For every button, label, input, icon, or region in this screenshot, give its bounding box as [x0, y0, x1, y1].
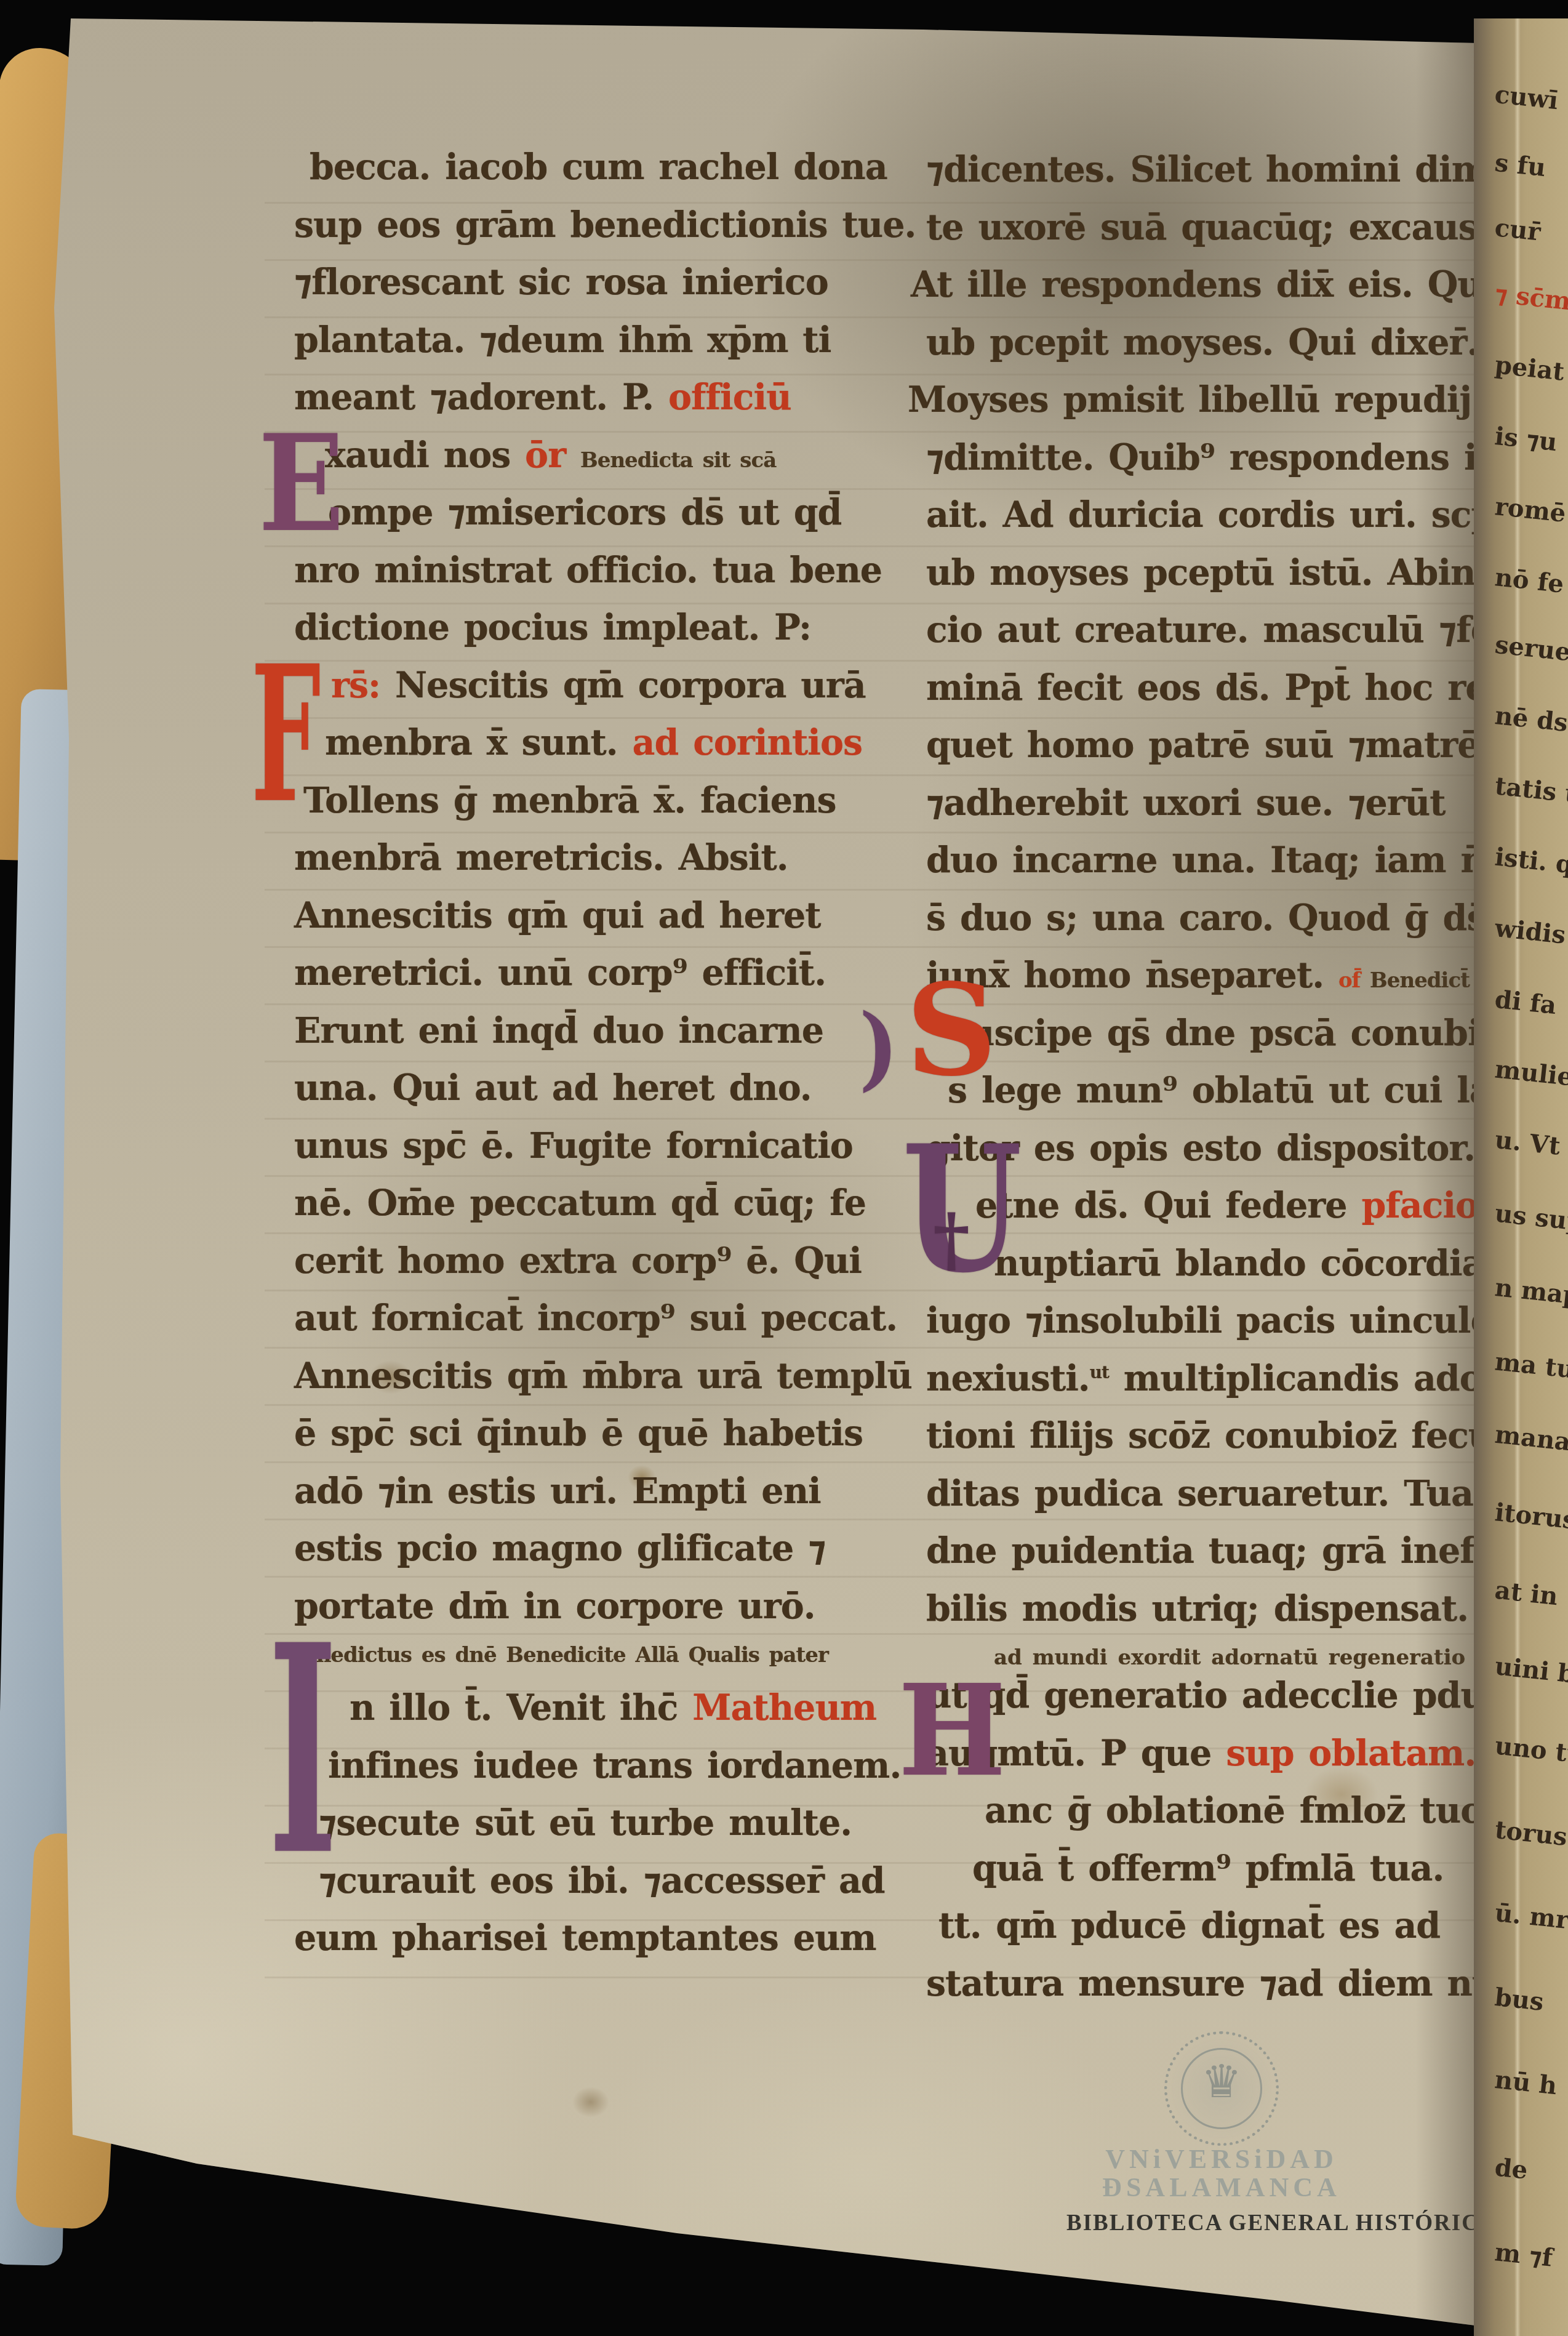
- text-run-ink: uscipe qs̄ dne pscā conubij: [969, 1013, 1492, 1054]
- text-line: tioni filijs scōz̄ conubioz̄ fecū: [926, 1415, 1493, 1456]
- text-line: eum pharisei temptantes eum: [294, 1917, 876, 1959]
- library-watermark: ♛ VNiVERSiDAD ĐSALAMANCA BIBLIOTECA GENE…: [1074, 2031, 1369, 2236]
- text-line: ē spc̄ sci q̄inub ē quē habetis: [294, 1413, 863, 1454]
- facing-text-fragment: bus: [1494, 1983, 1545, 2017]
- text-line: quā t̄ offerm⁹ pfmlā tua.: [972, 1848, 1444, 1889]
- text-line: menbrā meretricis. Absit.: [294, 837, 788, 878]
- text-run-red: Matheum: [692, 1687, 876, 1728]
- text-line: augmtū. P que sup oblatam.: [926, 1733, 1476, 1774]
- text-run-ink: unus spc̄ ē. Fugite fornicatio: [294, 1125, 853, 1166]
- watermark-library-name: BIBLIOTECA GENERAL HISTÓRICA: [1066, 2210, 1369, 2236]
- text-run-ink: ub moyses pceptū istū. Abini: [926, 552, 1488, 593]
- text-line: aut fornicat̄ incorp⁹ sui peccat.: [294, 1298, 897, 1339]
- text-run-ink: nro ministrat officio. tua bene: [294, 550, 882, 591]
- facing-page-edge: cuwīs fucur̄⁊ sc̄mpeiatis ⁊uromēnō feser…: [1474, 18, 1568, 2336]
- facing-text-fragment: serue: [1494, 630, 1568, 667]
- facing-text-fragment: u. Vt f: [1494, 1125, 1568, 1163]
- university-seal-icon: ♛: [1164, 2031, 1279, 2146]
- text-run-ink: meretrici. unū corp⁹ efficit̄.: [294, 952, 826, 993]
- text-line: becca. iacob cum rachel dona: [310, 147, 887, 188]
- text-line: quet homo patrē suū ⁊matrē: [926, 724, 1479, 766]
- text-run-red: ad corintios: [633, 722, 863, 763]
- text-run-ink: cerit homo extra corp⁹ ē. Qui: [294, 1240, 862, 1282]
- text-column-right: ⁊dicentes. Silicet homini dimitte uxorē …: [926, 149, 1498, 2057]
- text-line: adō ⁊in estis uri. Empti eni: [294, 1471, 821, 1512]
- text-column-left: becca. iacob cum rachel donasup eos grām…: [294, 147, 885, 1993]
- facing-text-fragment: uini b: [1494, 1652, 1568, 1688]
- text-run-ink: ⁊florescant sic rosa inierico: [294, 262, 828, 303]
- manuscript-photo: becca. iacob cum rachel donasup eos grām…: [0, 0, 1568, 2336]
- text-run-small: Benedicta sit scā: [580, 448, 776, 473]
- text-run-ink: ⁊adherebit uxori sue. ⁊erūt: [926, 782, 1446, 824]
- text-run-ink: estis pcio magno glificate ⁊: [294, 1528, 825, 1569]
- facing-text-fragment: nū h: [1494, 2065, 1559, 2100]
- text-run-ink: nexiusti.: [926, 1358, 1090, 1399]
- text-line: nro ministrat officio. tua bene: [294, 550, 882, 591]
- text-run-ink: ⁊secute sūt eū turbe multe.: [319, 1802, 852, 1844]
- text-line: meretrici. unū corp⁹ efficit̄.: [294, 952, 826, 993]
- text-run-ink: eum pharisei temptantes eum: [294, 1917, 876, 1959]
- facing-text-fragment: at in: [1494, 1576, 1559, 1611]
- text-line: rs̄: Nescitis qm̄ corpora urā: [331, 665, 866, 706]
- text-line: cerit homo extra corp⁹ ē. Qui: [294, 1240, 862, 1282]
- text-run-ink: aut fornicat̄ incorp⁹ sui peccat.: [294, 1298, 897, 1339]
- text-run-ink: ē spc̄ sci q̄inub ē quē habetis: [294, 1413, 863, 1454]
- text-run-red: rs̄:: [331, 665, 395, 706]
- text-run-ink: portate dm̄ in corpore urō.: [294, 1586, 815, 1627]
- text-line: ⁊curauit eos ibi. ⁊accesser̄ ad: [319, 1860, 885, 1901]
- text-run-ink: duo incarne una. Itaq; iam n̄: [926, 840, 1486, 881]
- facing-text-fragment: n map: [1494, 1273, 1568, 1310]
- text-line: ⁊florescant sic rosa inierico: [294, 262, 828, 303]
- text-line: duo incarne una. Itaq; iam n̄: [926, 840, 1486, 881]
- text-run-small: ad mundi exordit adornatū regeneratio: [994, 1645, 1465, 1670]
- text-line: menbra x̄ sunt. ad corintios: [325, 722, 862, 763]
- facing-text-fragment: nē ds: [1494, 701, 1568, 737]
- text-run-ink: Annescitis qm̄ m̄bra urā templū: [294, 1355, 912, 1397]
- text-line: n illo t̄. Venit ihc̄ Matheum: [350, 1687, 876, 1728]
- text-run-ink: xaudi nos: [325, 435, 525, 476]
- text-run-red: ōr: [525, 435, 580, 476]
- text-line: Erunt eni inqd̄ duo incarne: [294, 1010, 823, 1051]
- text-line: xaudi nos ōr Benedicta sit scā: [325, 435, 776, 476]
- text-run-red: officiū: [668, 377, 791, 418]
- seal-figure-icon: ♛: [1167, 2055, 1276, 2108]
- text-line: Annescitis qm̄ qui ad heret: [294, 895, 821, 936]
- text-run-ink: Erunt eni inqd̄ duo incarne: [294, 1010, 823, 1051]
- facing-text-fragment: manari: [1494, 1420, 1568, 1459]
- text-run-ink: menbrā meretricis. Absit.: [294, 837, 788, 878]
- text-line: tt. qm̄ pducē dignat̄ es ad: [938, 1905, 1440, 1946]
- text-run-ink: cio aut creature. masculū ⁊fe: [926, 609, 1492, 651]
- text-run-ink: infines iudee trans iordanem.: [328, 1745, 901, 1786]
- initial-S-suscipe: S: [906, 980, 997, 1081]
- text-line: etne ds̄. Qui federe pfacio: [975, 1185, 1478, 1226]
- initial-E-exaudi: E: [258, 431, 344, 537]
- text-line: una. Qui aut ad heret dno.: [294, 1067, 812, 1109]
- text-line: Tollens ḡ menbrā x̄. faciens: [303, 780, 836, 821]
- facing-text-fragment: tatis t: [1494, 771, 1568, 809]
- text-run-ink: ⁊curauit eos ibi. ⁊accesser̄ ad: [319, 1860, 885, 1901]
- text-run-sup: ut: [1090, 1362, 1109, 1383]
- facing-text-fragment: peiat: [1494, 350, 1566, 387]
- stain: [572, 2087, 609, 2117]
- watermark-university-name-2: ĐSALAMANCA: [1074, 2174, 1369, 2201]
- text-line: dictione pocius impleat. P:: [294, 607, 811, 648]
- text-run-ink: adō ⁊in estis uri. Empti eni: [294, 1471, 821, 1512]
- text-run-ink: bilis modis utriq; dispensat.: [926, 1588, 1468, 1629]
- facing-text-fragment: uno tu: [1494, 1731, 1568, 1769]
- watermark-university-name-1: VNiVERSiDAD: [1074, 2146, 1369, 2173]
- text-line: unus spc̄ ē. Fugite fornicatio: [294, 1125, 853, 1166]
- facing-text-fragment: de: [1494, 2153, 1529, 2185]
- text-line: cio aut creature. masculū ⁊fe: [926, 609, 1492, 651]
- text-line: estis pcio magno glificate ⁊: [294, 1528, 825, 1569]
- initial-F-fratres: F: [251, 660, 321, 810]
- facing-text-fragment: cur̄: [1494, 213, 1542, 247]
- facing-text-fragment: widis: [1494, 913, 1567, 950]
- facing-text-fragment: di fa: [1494, 985, 1558, 1020]
- facing-text-fragment: s fu: [1494, 148, 1547, 182]
- text-line: Annescitis qm̄ m̄bra urā templū: [294, 1355, 912, 1397]
- text-line: ⁊secute sūt eū turbe multe.: [319, 1802, 852, 1844]
- manuscript-page: becca. iacob cum rachel donasup eos grām…: [0, 0, 1568, 2336]
- facing-text-fragment: ma tu: [1494, 1347, 1568, 1384]
- facing-text-fragment: itorus: [1494, 1498, 1568, 1535]
- text-run-ink: una. Qui aut ad heret dno.: [294, 1067, 812, 1109]
- text-run-smallred: of̄: [1338, 968, 1370, 993]
- text-line: nuptiarū blando cōcordia: [994, 1243, 1484, 1284]
- text-line: nē. Om̄e peccatum qd̄ cūq; fe: [294, 1182, 866, 1224]
- text-line: ad mundi exordit adornatū regeneratio: [994, 1645, 1465, 1670]
- text-run-ink: Moyses pmisit libellū repudij.: [908, 379, 1483, 420]
- facing-text-fragment: mulie: [1494, 1054, 1568, 1091]
- facing-text-fragment: nō fe: [1494, 563, 1566, 598]
- text-run-ink: tt. qm̄ pducē dignat̄ es ad: [938, 1905, 1440, 1946]
- text-run-ink: nē. Om̄e peccatum qd̄ cūq; fe: [294, 1182, 866, 1224]
- text-line: ub pcepit moyses. Qui dixer̄.: [926, 322, 1478, 363]
- text-run-ink: Annescitis qm̄ qui ad heret: [294, 895, 821, 936]
- text-run-ink: n illo t̄. Venit ihc̄: [350, 1687, 692, 1728]
- text-line: ⁊adherebit uxori sue. ⁊erūt: [926, 782, 1446, 824]
- text-run-ink: menbra x̄ sunt.: [325, 722, 633, 763]
- flourish-paren: ): [859, 1011, 898, 1084]
- text-run-ink: etne ds̄. Qui federe: [975, 1185, 1361, 1226]
- text-run-ink: tioni filijs scōz̄ conubioz̄ fecū: [926, 1415, 1493, 1456]
- text-run-ink: plantata. ⁊deum ihm̄ xp̄m ti: [294, 319, 831, 361]
- text-line: plantata. ⁊deum ihm̄ xp̄m ti: [294, 319, 831, 361]
- facing-text-fragment: m ⁊f: [1494, 2238, 1554, 2273]
- text-run-ink: quā t̄ offerm⁹ pfmlā tua.: [972, 1848, 1444, 1889]
- text-line: infines iudee trans iordanem.: [328, 1745, 901, 1786]
- initial-I-inillo: I: [268, 1636, 337, 1865]
- text-line: bilis modis utriq; dispensat.: [926, 1588, 1468, 1629]
- facing-text-fragment: ū. mr: [1494, 1898, 1568, 1935]
- text-run-ink: becca. iacob cum rachel dona: [310, 147, 887, 188]
- facing-text-fragment: torus: [1494, 1815, 1568, 1852]
- facing-text-fragment: cuwī: [1494, 80, 1559, 116]
- text-run-ink: Nescitis qm̄ corpora urā: [395, 665, 866, 706]
- cross-in-U: †: [933, 1211, 970, 1268]
- text-line: enedictus es dnē Benedicite Allā Qualis …: [303, 1643, 828, 1668]
- text-line: ompe ⁊misericors ds̄ ut qd̄: [328, 492, 841, 533]
- text-line: Moyses pmisit libellū repudij.: [908, 379, 1483, 420]
- text-run-ink: dictione pocius impleat. P:: [294, 607, 811, 648]
- text-line: meant ⁊adorent. P. officiū: [294, 377, 791, 418]
- text-line: uscipe qs̄ dne pscā conubij: [969, 1013, 1492, 1054]
- text-line: ub moyses pceptū istū. Abini: [926, 552, 1488, 593]
- initial-H-hanc: H: [898, 1680, 1006, 1781]
- text-run-small: enedictus es dnē Benedicite Allā Qualis …: [303, 1643, 828, 1668]
- facing-text-fragment: ⁊ sc̄m: [1494, 279, 1568, 316]
- text-line: sup eos grām benedictionis tue.: [294, 204, 916, 246]
- facing-text-fragment: isti. q: [1494, 842, 1568, 879]
- text-run-ink: ub pcepit moyses. Qui dixer̄.: [926, 322, 1478, 363]
- text-run-ink: quet homo patrē suū ⁊matrē: [926, 724, 1479, 766]
- text-run-ink: sup eos grām benedictionis tue.: [294, 204, 916, 246]
- text-run-ink: ompe ⁊misericors ds̄ ut qd̄: [328, 492, 841, 533]
- facing-text-fragment: romē: [1494, 492, 1567, 528]
- text-run-ink: Tollens ḡ menbrā x̄. faciens: [303, 780, 836, 821]
- text-run-ink: meant ⁊adorent. P.: [294, 377, 668, 418]
- text-run-ink: nuptiarū blando cōcordia: [994, 1243, 1484, 1284]
- text-line: portate dm̄ in corpore urō.: [294, 1586, 815, 1627]
- facing-text-fragment: us sup: [1494, 1199, 1568, 1237]
- facing-text-fragment: is ⁊u: [1494, 422, 1559, 457]
